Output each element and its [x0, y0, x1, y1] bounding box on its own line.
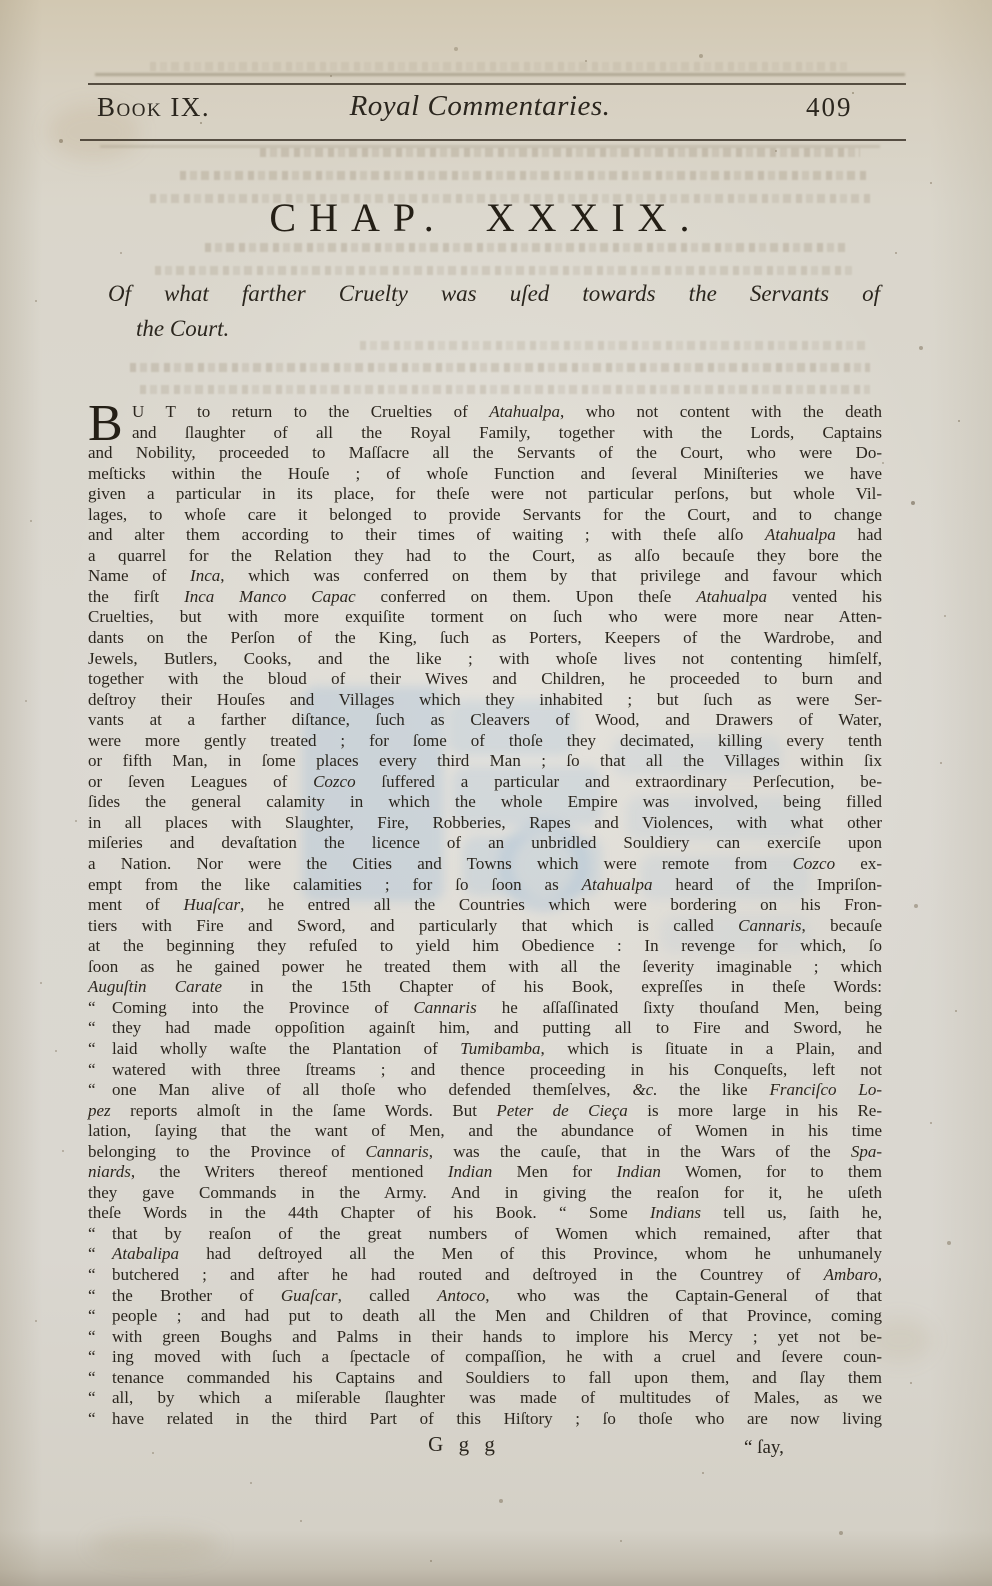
body-line: “people ; and had put to death all the M… [88, 1306, 882, 1327]
bleedthrough-line [155, 266, 855, 275]
body-line: deſtroy their Houſes and Villages which … [88, 690, 882, 711]
chapter-subtitle-line2: the Court. [108, 316, 880, 342]
body-line: Name of Inca, which was conferred on the… [88, 566, 882, 587]
bleedthrough-line [180, 171, 870, 180]
body-line: “have related in the third Part of this … [88, 1409, 882, 1430]
body-line: meſticks within the Houſe ; of whoſe Fun… [88, 464, 882, 485]
body-line: or ſeven Leagues of Cozco ſuffered a par… [88, 772, 882, 793]
catchword: “ ſay, [744, 1437, 864, 1459]
header-bottom-rule [80, 139, 906, 141]
page-number: 409 [806, 92, 853, 123]
body-line: or fifth Man, in ſome places every third… [88, 751, 882, 772]
running-header-book: Book IX. [97, 92, 210, 123]
chapter-subtitle: Of what farther Cruelty was uſed towards… [108, 281, 880, 342]
margin-quote-mark: “ [88, 998, 96, 1019]
body-line: the firſt Inca Manco Capac conferred on … [88, 587, 882, 608]
body-line: “butchered ; and after he had routed and… [88, 1265, 882, 1286]
body-line: pez reports almoſt in the ſame Words. Bu… [88, 1101, 882, 1122]
bleedthrough-line [140, 385, 870, 394]
margin-quote-mark: “ [88, 1224, 96, 1245]
margin-quote-mark: “ [88, 1265, 96, 1286]
body-line: “that by reaſon of the great numbers of … [88, 1224, 882, 1245]
paper-speckles [0, 0, 2, 2]
body-line: U T to return to the Cruelties of Atahua… [88, 402, 882, 423]
running-header-title: Royal Commentaries. [350, 90, 611, 123]
body-line: a quarrel for the Relation they had to t… [88, 546, 882, 567]
margin-quote-mark: “ [88, 1409, 96, 1430]
margin-quote-mark: “ [88, 1060, 96, 1081]
body-line: in all places with Slaughter, Fire, Robb… [88, 813, 882, 834]
body-line: were more gently treated ; for ſome of t… [88, 731, 882, 752]
body-line: they gave Commands in the Army. And in g… [88, 1183, 882, 1204]
margin-quote-mark: “ [88, 1244, 96, 1265]
body-line: vants at a farther diſtance, ſuch as Cle… [88, 710, 882, 731]
margin-quote-mark: “ [88, 1347, 96, 1368]
chapter-subtitle-line1: Of what farther Cruelty was uſed towards… [108, 281, 880, 307]
body-line: together with the bloud of their Wives a… [88, 669, 882, 690]
margin-quote-mark: “ [88, 1306, 96, 1327]
margin-quote-mark: “ [88, 1327, 96, 1348]
body-line: “watered with three ſtreams ; and thence… [88, 1060, 882, 1081]
body-line: lages, to whoſe care it belonged to prov… [88, 505, 882, 526]
body-line: Cruelties, but with more exquiſite torme… [88, 607, 882, 628]
body-line: Auguſtin Carate in the 15th Chapter of h… [88, 977, 882, 998]
margin-quote-mark: “ [88, 1039, 96, 1060]
margin-quote-mark: “ [88, 1368, 96, 1389]
margin-quote-mark: “ [88, 1080, 96, 1101]
body-line: tiers with Fire and Sword, and particula… [88, 916, 882, 937]
top-rule-echo [95, 73, 905, 76]
body-line: ſides the general calamity in which the … [88, 792, 882, 813]
body-line: at the beginning they refuſed to yield h… [88, 936, 882, 957]
body-line: ſoon as he gained power he treated them … [88, 957, 882, 978]
body-line: “ing moved with ſuch a ſpectacle of comp… [88, 1347, 882, 1368]
bleedthrough-line [150, 62, 850, 71]
margin-quote-mark: “ [88, 1018, 96, 1039]
body-line: “Atabalipa had deſtroyed all the Men of … [88, 1244, 882, 1265]
body-line: miſeries and devaſtation the licence of … [88, 833, 882, 854]
body-line: and Nobility, proceeded to Maſſacre all … [88, 443, 882, 464]
margin-quote-mark: “ [88, 1286, 96, 1307]
chapter-heading: CHAP. XXXIX. [0, 194, 972, 241]
bleedthrough-line [260, 148, 860, 157]
margin-quote-mark: “ [88, 1388, 96, 1409]
body-text: B U T to return to the Cruelties of Atah… [88, 402, 882, 1429]
body-line: “Coming into the Province of Cannaris he… [88, 998, 882, 1019]
body-line: “with green Boughs and Palms in their ha… [88, 1327, 882, 1348]
body-line: niards, the Writers thereof mentioned In… [88, 1162, 882, 1183]
body-line: ment of Huaſcar, he entred all the Count… [88, 895, 882, 916]
body-line: empt from the like calamities ; for ſo ſ… [88, 875, 882, 896]
body-line: “all, by which a miſerable ſlaughter was… [88, 1388, 882, 1409]
paper-stain [90, 1528, 220, 1562]
signature-mark: G g g [404, 1432, 524, 1457]
body-line: and alter them according to their times … [88, 525, 882, 546]
body-line: “tenance commanded his Captains and Soul… [88, 1368, 882, 1389]
top-rule [88, 83, 906, 85]
body-line: dants on the Perſon of the King, ſuch as… [88, 628, 882, 649]
header-bottom-rule-echo [100, 145, 880, 148]
bleedthrough-line [130, 363, 870, 372]
body-line: given a particular in its place, for the… [88, 484, 882, 505]
body-line: “one Man alive of all thoſe who defended… [88, 1080, 882, 1101]
body-line: “laid wholly waſte the Plantation of Tum… [88, 1039, 882, 1060]
bleedthrough-line [360, 341, 870, 350]
body-line: lation, ſaying that the want of Men, and… [88, 1121, 882, 1142]
bleedthrough-line [205, 243, 845, 252]
body-line: theſe Words in the 44th Chapter of his B… [88, 1203, 882, 1224]
body-line: “the Brother of Guaſcar, called Antoco, … [88, 1286, 882, 1307]
body-line: “they had made oppoſition againſt him, a… [88, 1018, 882, 1039]
body-line: Jewels, Butlers, Cooks, and the like ; w… [88, 649, 882, 670]
body-line: and ſlaughter of all the Royal Family, t… [88, 423, 882, 444]
book-page-scan: Book IX. Royal Commentaries. 409 CHAP. X… [0, 0, 992, 1586]
body-line: a Nation. Nor were the Cities and Towns … [88, 854, 882, 875]
body-line: belonging to the Province of Cannaris, w… [88, 1142, 882, 1163]
